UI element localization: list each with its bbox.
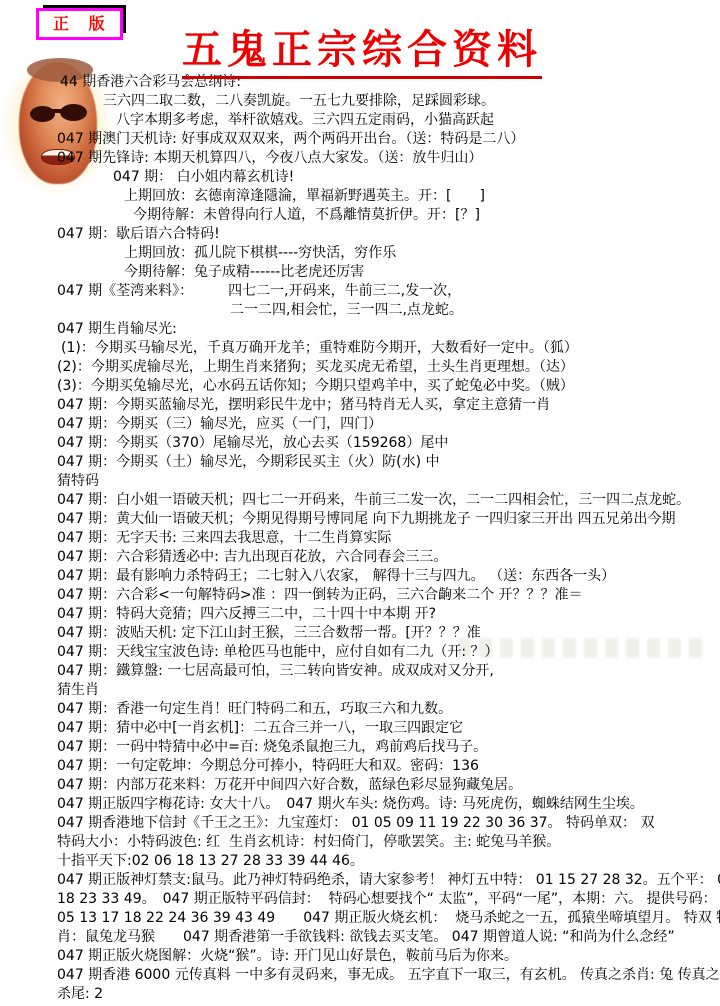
page: 正 版 五鬼正宗综合资料 44 期香港六合彩马会总纲诗:三六四二取二数，二八奏凯… [0, 0, 720, 1006]
text-line: 047 期正版火烧图解：火烧“猴”。诗: 开门见山好景色，鞍前马后为你来。 [57, 947, 720, 966]
text-line: 047 期：无字天书: 三来四去我思意，十二生肖算实际 [57, 529, 720, 548]
text-line: 047 期：今期买蓝输尽光，摆明彩民牛龙中；猪马特肖无人买，拿定主意猜一肖 [57, 396, 720, 415]
text-line: 047 期先锋诗: 本期天机算四八，今夜八点大家发。（送：放牛归山） [57, 149, 720, 168]
text-line: (3)：今期买兔输尽光，心水码五话你知；今期只望鸡羊中，买了蛇兔必中奖。（贼） [57, 377, 720, 396]
text-line: 047 期：一句定乾坤：今期总分可捧小，特码旺大和双。密码：136 [57, 757, 720, 776]
text-line: 十指平天下:02 06 18 13 27 28 33 39 44 46。 [57, 852, 720, 871]
authentic-badge-label: 正 版 [53, 14, 112, 33]
text-line: 05 13 17 18 22 24 36 39 43 49 047 期正版火烧玄… [57, 909, 720, 928]
text-line: 上期回放：孤儿院下棋棋----穷快活，穷作乐 [57, 244, 720, 263]
content-lines: 44 期香港六合彩马会总纲诗:三六四二取二数，二八奏凯旋。一五七九要排除，足踩圆… [57, 73, 720, 1004]
text-line: 杀尾: 2 [57, 985, 720, 1004]
text-line: 18 23 33 49。 047 期正版特平码信封： 特码心想要找个“ 太监”，… [57, 890, 720, 909]
text-line: 特码大小：小特码波色: 红 生肖玄机诗：村妇倚门，停歌罢笑。主: 蛇兔马羊猴。 [57, 833, 720, 852]
text-line: 047 期《荃湾来料》： 四七二一,开码来，牛前三二,发一次， [57, 282, 720, 301]
text-line: 今期待解：兔子成精------比老虎还厉害 [57, 263, 720, 282]
text-line: 047 期：今期买（土）输尽光，今期彩民买主（火）防(水) 中 [57, 453, 720, 472]
text-line: 上期回放：玄德南漳逢隱淪，單福新野遇英主。开：[ ] [57, 187, 720, 206]
text-line: 047 期：今期买（370）尾输尽光，放心去买（159268）尾中 [57, 434, 720, 453]
text-line: 047 期：黄大仙一语破天机；今期见得期号博同尾 向下九期挑龙子 一四归家三开出… [57, 510, 720, 529]
text-line: 二一二四,相会忙，三一四二,点龙蛇。 [57, 301, 720, 320]
text-line: 047 期香港地下信封《千王之王》：九宝莲灯： 01 05 09 11 19 2… [57, 814, 720, 833]
text-line: 047 期：猜中必中[一肖玄机]：二五合三并一八，一取三四跟定它 [57, 719, 720, 738]
text-line: 047 期：特码大竞猜；四六反搏三二中，二十四十中本期 开? [57, 605, 720, 624]
text-line: 047 期正版神灯禁支:鼠马。此乃神灯特码绝杀，请大家参考！ 神灯五中特： 01… [57, 871, 720, 890]
page-title: 五鬼正宗综合资料 [182, 18, 542, 79]
text-line: 047 期：一码中特猜中必中=百: 烧兔杀鼠抱三九，鸡前鸡后找马子。 [57, 738, 720, 757]
text-line: 今期待解：未曾得向行人道，不爲離情莫折伊。开：[？] [57, 206, 720, 225]
text-line: 肖：鼠兔龙马猴 047 期香港第一手欲钱料: 欲钱去买支笔。 047 期曾道人说… [57, 928, 720, 947]
text-line: 047 期：最有影响力杀特码王；二七射入八农家， 解得十三与四九。 （送：东西各… [57, 567, 720, 586]
text-line: (1)：今期买马输尽光，千真万确开龙羊；重特难防今期开，大数看好一定中。（狐） [57, 339, 720, 358]
text-line: 047 期：鐵算盤: 一七居高最可怕，三二转向皆安神。成双成对又分开, [57, 662, 720, 681]
text-line: 047 期正版四字梅花诗: 女大十八。 047 期火车头: 烧伤鸡。诗: 马死虎… [57, 795, 720, 814]
authentic-badge: 正 版 [36, 8, 123, 40]
text-line: 047 期澳门天机诗: 好事成双双双来，两个两码开出台。（送：特码是二八） [57, 130, 720, 149]
text-line: 047 期：天线宝宝波色诗: 单枪匹马也能中，应付自如有二九（开: ？） [57, 643, 720, 662]
text-line: 047 期生肖输尽光: [57, 320, 720, 339]
text-line: 047 期香港 6000 元传真料 一中多有灵码来，事无成。 五字直下一取三，有… [57, 966, 720, 985]
text-line: 047 期：六合彩猜透必中: 吉九出现百花放，六合同春会三三。 [57, 548, 720, 567]
text-line: 047 期：歇后语六合特码! [57, 225, 720, 244]
text-line: 047 期：白小姐一语破天机；四七二一开码来，牛前三二发一次，二一二四相会忙，三… [57, 491, 720, 510]
text-line: 047 期：香港一句定生肖！旺门特码二和五，巧取三六和九数。 [57, 700, 720, 719]
text-line: 047 期： 白小姐内幕玄机诗! [57, 168, 720, 187]
text-line: 猜生肖 [57, 681, 720, 700]
text-line: 猜特码 [57, 472, 720, 491]
text-line: 八字本期多考虑，举杆欲嬉戏。三六四五定雨码，小猫高跃起 [57, 111, 720, 130]
text-line: 047 期：波贴天机: 定下江山封王猴，三三合数帮一帮。[开？？？准 [57, 624, 720, 643]
text-line: 047 期：六合彩<一句解特码>准 ：四一倒转为正码，三六合齣来二个 开？？？准… [57, 586, 720, 605]
text-line: 三六四二取二数，二八奏凯旋。一五七九要排除，足踩圆彩球。 [57, 92, 720, 111]
text-line: 047 期：内部万花来料：万花开中间四六好合数，蓝绿色彩尽显狗藏兔居。 [57, 776, 720, 795]
text-line: 047 期：今期买（三）输尽光，应买（一门，四门） [57, 415, 720, 434]
text-line: (2)：今期买虎输尽光，上期生肖来猪狗；买龙买虎无希望，土头生肖更理想。（达） [57, 358, 720, 377]
